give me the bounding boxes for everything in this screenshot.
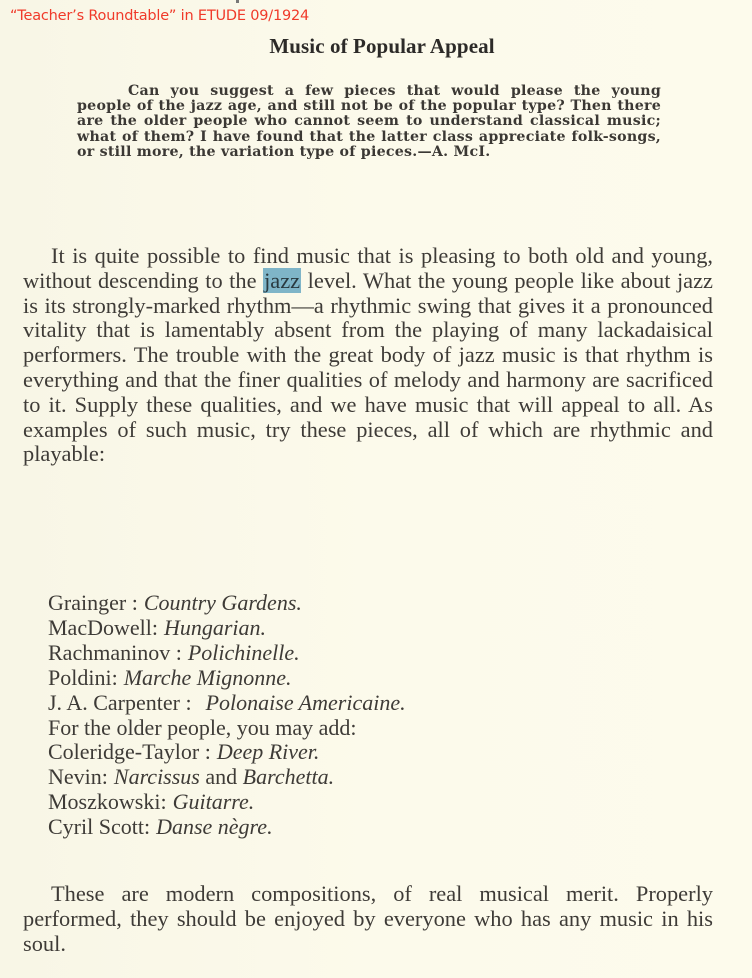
separator-colon: : — [199, 739, 211, 764]
list-item: Rachmaninov :Polichinelle. — [48, 641, 406, 666]
reader-question: Can you suggest a few pieces that would … — [77, 84, 661, 160]
composer-name: MacDowell — [48, 615, 152, 640]
composer-name: Moszkowski — [48, 789, 160, 814]
composer-name: Grainger — [48, 590, 126, 615]
work-title: Polonaise Americaine. — [206, 690, 406, 715]
list-item: Poldini:Marche Mignonne. — [48, 666, 406, 691]
answer-paragraph-2: These are modern compositions, of real m… — [23, 882, 713, 956]
work-title: Country Gardens. — [144, 590, 302, 615]
work-title: Marche Mignonne. — [124, 665, 292, 690]
separator-colon: : — [170, 640, 182, 665]
older-people-intro: For the older people, you may add: — [48, 716, 406, 741]
page-title: Music of Popular Appeal — [0, 34, 752, 59]
composer-name: Nevin — [48, 764, 102, 789]
work-title: Deep River. — [217, 739, 320, 764]
list-item: Grainger :Country Gardens. — [48, 591, 406, 616]
work-title-2: Barchetta. — [243, 764, 334, 789]
separator-colon: : — [180, 690, 192, 715]
work-title: Narcissus — [114, 764, 200, 789]
list-item: MacDowell:Hungarian. — [48, 616, 406, 641]
list-item: J. A. Carpenter :Polonaise Americaine. — [48, 691, 406, 716]
list-item: Cyril Scott:Danse nègre. — [48, 815, 406, 840]
separator-colon: : — [112, 665, 118, 690]
composer-name: Poldini — [48, 665, 112, 690]
scan-artifact-mark — [236, 0, 239, 3]
source-citation: “Teacher’s Roundtable” in ETUDE 09/1924 — [10, 8, 309, 24]
separator-colon: : — [126, 590, 138, 615]
connector-word: and — [205, 764, 237, 789]
separator-colon: : — [160, 789, 166, 814]
list-item: Coleridge-Taylor :Deep River. — [48, 740, 406, 765]
composer-name: Cyril Scott — [48, 814, 144, 839]
separator-colon: : — [152, 615, 158, 640]
composer-name: J. A. Carpenter — [48, 690, 180, 715]
separator-colon: : — [102, 764, 108, 789]
separator-colon: : — [144, 814, 150, 839]
work-title: Polichinelle. — [188, 640, 300, 665]
recommended-pieces-list: Grainger :Country Gardens. MacDowell:Hun… — [48, 591, 406, 840]
question-text: Can you suggest a few pieces that would … — [77, 83, 661, 160]
para1-end: level. What the young people like about … — [23, 268, 713, 467]
composer-name: Coleridge-Taylor — [48, 739, 199, 764]
work-title: Guitarre. — [173, 789, 255, 814]
list-item: Moszkowski:Guitarre. — [48, 790, 406, 815]
search-highlight-jazz[interactable]: jazz — [263, 268, 301, 293]
list-item: Nevin:Narcissus and Barchetta. — [48, 765, 406, 790]
composer-name: Rachmaninov — [48, 640, 170, 665]
work-title: Danse nègre. — [156, 814, 273, 839]
answer-paragraph-1: It is quite possible to find music that … — [23, 244, 713, 467]
work-title: Hungarian. — [164, 615, 266, 640]
